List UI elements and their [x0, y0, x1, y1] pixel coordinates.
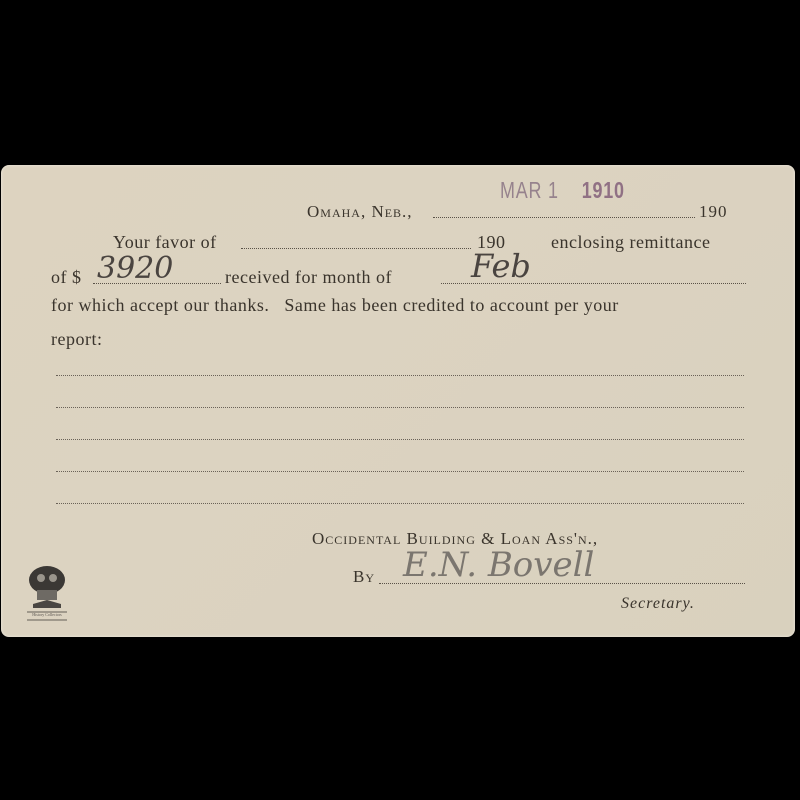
logo-label: History Collectors: [23, 612, 71, 617]
city-label: Omaha, Neb.,: [307, 202, 413, 222]
signature-handwritten: E.N. Bovell: [403, 545, 594, 585]
report-line: [56, 439, 744, 440]
by-label: By: [353, 567, 375, 587]
report-line: [56, 407, 744, 408]
month-handwritten: Feb: [471, 247, 531, 285]
postcard: MAR 1 1910 Omaha, Neb., 190 Your favor o…: [1, 165, 795, 637]
report-line: [56, 471, 744, 472]
report-label: report:: [51, 329, 102, 350]
amount-handwritten: 3920: [97, 251, 173, 286]
stamp-year: 1910: [582, 177, 625, 203]
enclosing-label: enclosing remittance: [551, 232, 710, 253]
stamp-month-day: MAR 1: [500, 177, 559, 203]
thanks-text: for which accept our thanks. Same has be…: [51, 295, 619, 316]
favor-date-field: [241, 248, 471, 249]
date-field: [433, 217, 695, 218]
report-line: [56, 375, 744, 376]
history-collectors-logo: History Collectors: [23, 560, 71, 624]
secretary-title: Secretary.: [621, 595, 695, 613]
amount-label: of $: [51, 267, 82, 288]
favor-label: Your favor of: [113, 232, 217, 253]
received-label: received for month of: [225, 267, 392, 288]
year-prefix: 190: [699, 202, 728, 222]
report-line: [56, 503, 744, 504]
date-stamp: MAR 1 1910: [500, 177, 625, 204]
